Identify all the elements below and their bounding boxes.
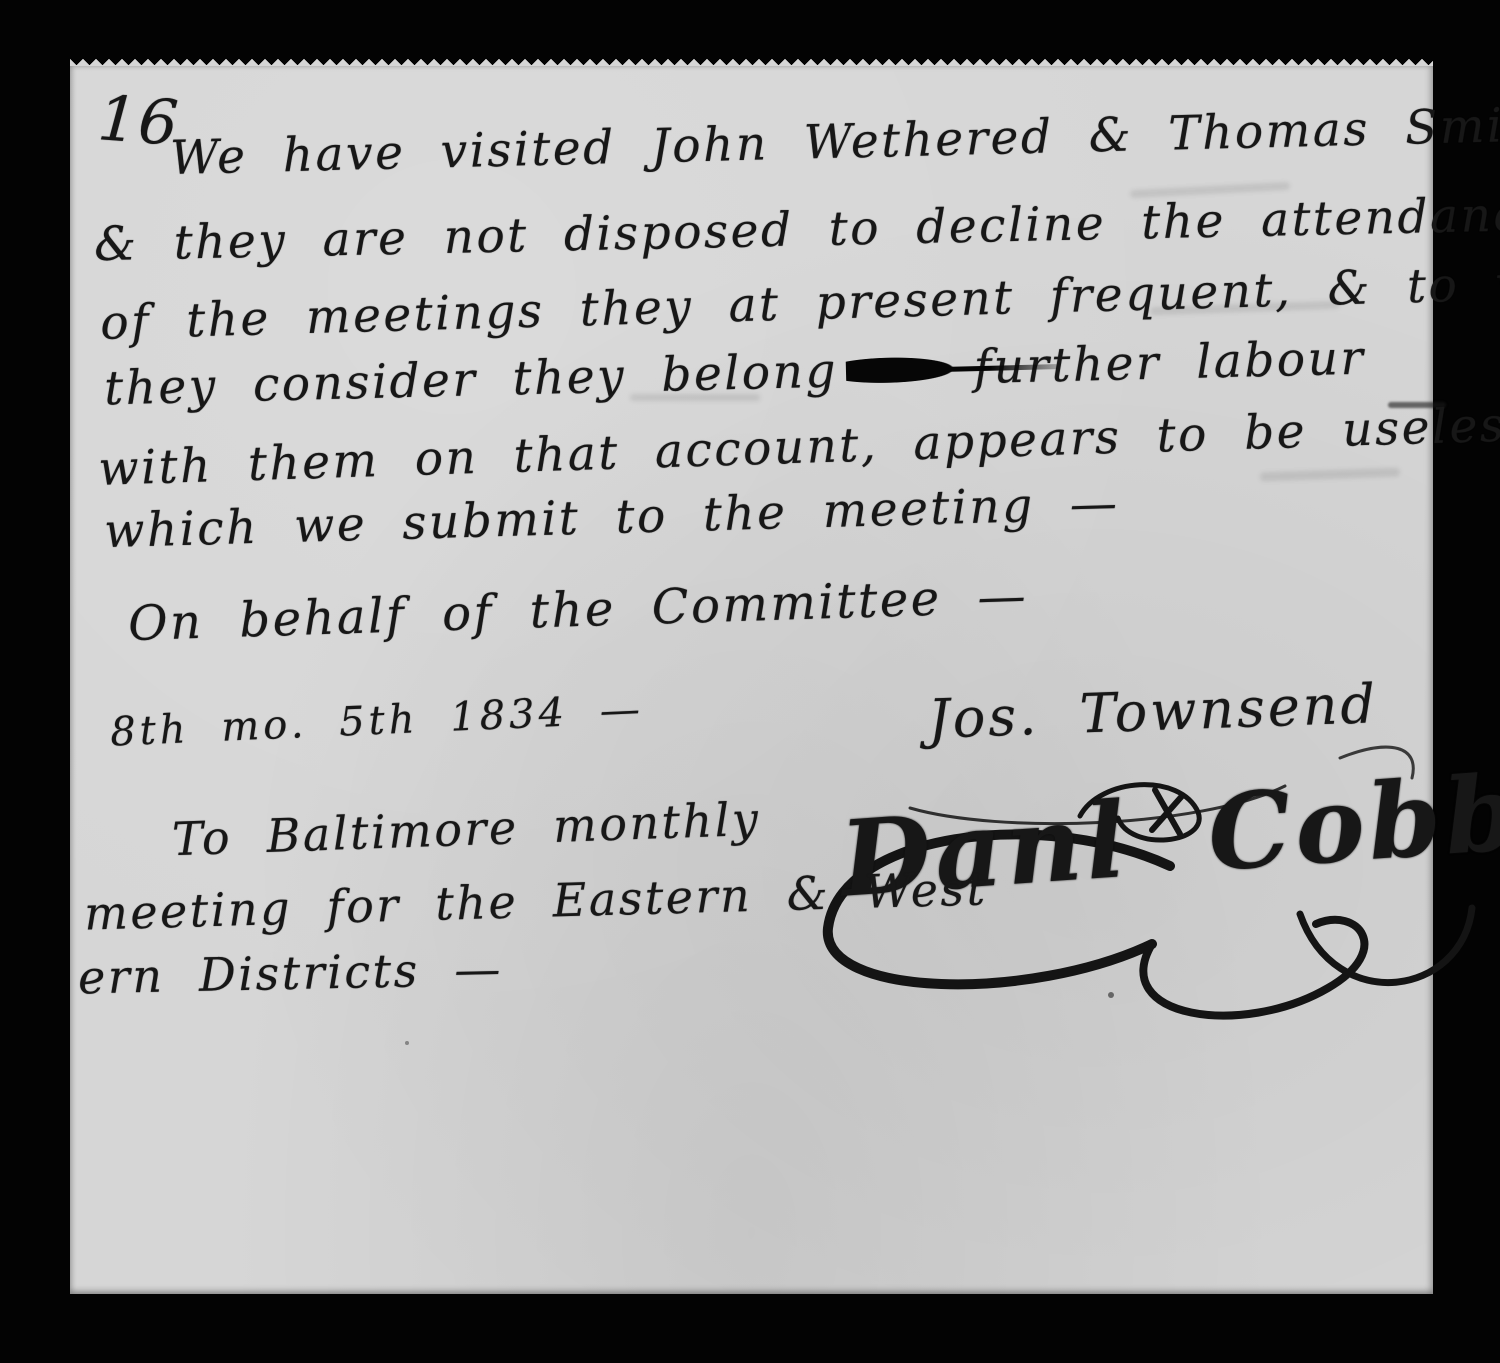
ink-blot [846, 353, 967, 386]
body-line-4-text-after-blot: further labour [973, 331, 1366, 396]
page-number: 16 [96, 81, 182, 159]
ink-speck [405, 1041, 409, 1045]
ink-speck [1108, 992, 1114, 998]
date-line: 8th mo. 5th 1834 — [109, 686, 645, 755]
address-line-2: meeting for the Eastern & West [83, 861, 988, 940]
address-line-1: To Baltimore monthly [171, 792, 761, 867]
signature-townsend: Jos. Townsend [927, 672, 1379, 751]
ink-smudge [1260, 468, 1400, 482]
body-line-2: & they are not disposed to decline the a… [94, 187, 1500, 273]
closing-line: On behalf of the Committee — [127, 568, 1029, 652]
address-line-3: ern Districts — [77, 942, 503, 1005]
body-line-4-text: they consider they belong [104, 343, 839, 416]
ink-smudge [630, 394, 760, 401]
body-line-1: We have visited John Wethered & Thomas S… [170, 97, 1500, 186]
scan-background: 16 We have visited John Wethered & Thoma… [0, 0, 1500, 1363]
edge-mark [1388, 402, 1446, 408]
document-page: 16 We have visited John Wethered & Thoma… [70, 66, 1433, 1294]
